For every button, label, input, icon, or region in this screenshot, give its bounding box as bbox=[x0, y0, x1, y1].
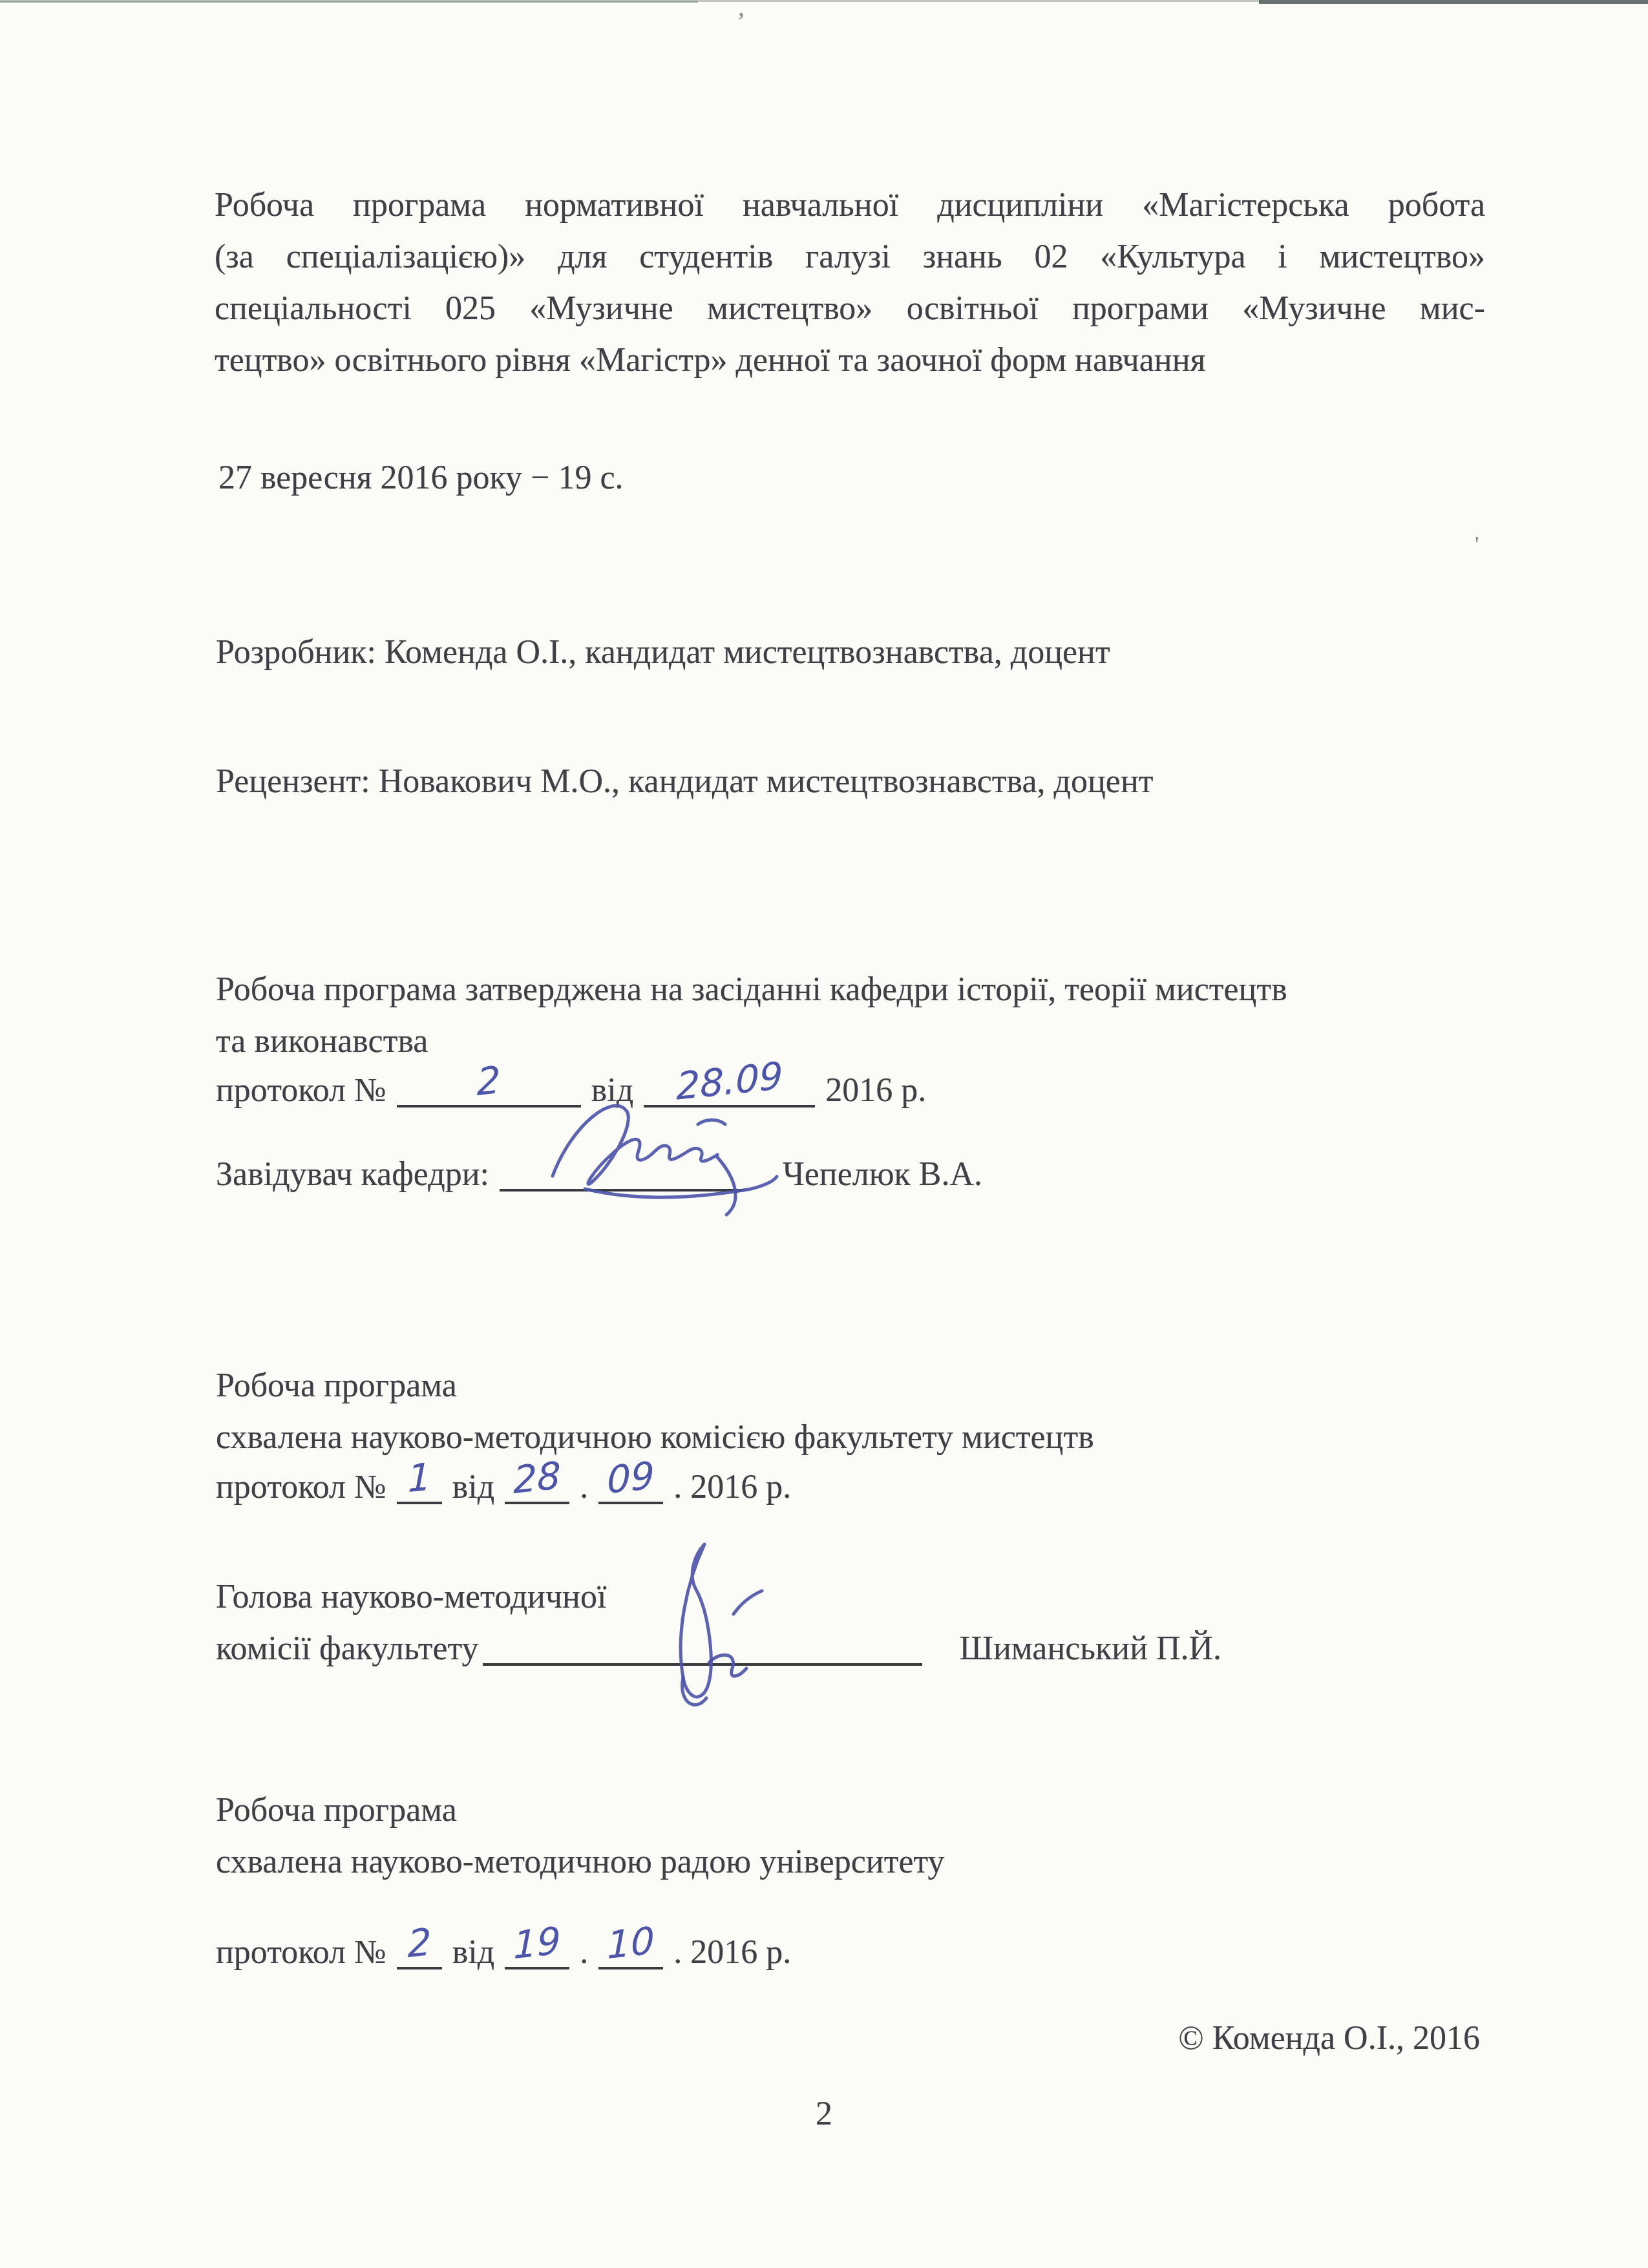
tail-label: . 2016 р. bbox=[673, 1934, 791, 1971]
copyright-line: © Коменда О.І., 2016 bbox=[1178, 2013, 1480, 2064]
protocol-number-blank: 1 bbox=[397, 1502, 442, 1504]
dept-head-name: Чепелюк В.А. bbox=[783, 1156, 982, 1193]
intro-line: спеціальності 025 «Музичне мистецтво» ос… bbox=[215, 283, 1485, 335]
scan-artifact-top-edge-left bbox=[0, 1, 698, 3]
protocol-day-blank: 28 bbox=[505, 1502, 569, 1504]
scan-speck: ʼ bbox=[737, 6, 745, 37]
tail-label: . 2016 р. bbox=[673, 1469, 791, 1506]
protocol-date-blank: 28.09 bbox=[644, 1105, 815, 1108]
handwritten-protocol-number: 2 bbox=[477, 1061, 501, 1101]
protocol-number-blank: 2 bbox=[397, 1967, 442, 1969]
dot-label: . bbox=[580, 1469, 588, 1506]
university-protocol-row: протокол №2від19.10. 2016 р. bbox=[216, 1927, 791, 1979]
faculty-protocol-row: протокол №1від28.09. 2016 р. bbox=[216, 1462, 791, 1513]
date-line: 27 вересня 2016 року − 19 с. bbox=[218, 452, 623, 504]
handwritten-month: 10 bbox=[607, 1922, 654, 1964]
dot-label: . bbox=[580, 1934, 588, 1971]
handwritten-protocol-number: 1 bbox=[407, 1458, 431, 1498]
scan-artifact-top-edge-right bbox=[1259, 0, 1648, 4]
faculty-chair-signature-blank bbox=[483, 1663, 922, 1666]
protocol-label: протокол № bbox=[216, 1072, 386, 1109]
faculty-chair-label: комісії факультету bbox=[216, 1630, 479, 1667]
developer-line: Розробник: Коменда О.І., кандидат мистец… bbox=[216, 627, 1110, 678]
faculty-approval-line-1: Робоча програма bbox=[216, 1360, 457, 1412]
vid-label: від bbox=[452, 1469, 494, 1506]
intro-line: Робоча програма нормативної навчальної д… bbox=[215, 180, 1485, 231]
page-number: 2 bbox=[0, 2088, 1648, 2140]
protocol-number-blank: 2 bbox=[397, 1105, 581, 1108]
intro-line: тецтво» освітнього рівня «Магістр» денно… bbox=[215, 335, 1485, 386]
year-label: 2016 р. bbox=[825, 1072, 926, 1109]
handwritten-day: 19 bbox=[513, 1922, 560, 1964]
vid-label: від bbox=[452, 1934, 494, 1971]
dept-protocol-row: протокол №2від28.092016 р. bbox=[216, 1065, 926, 1117]
faculty-chair-row: комісії факультетуШиманський П.Й. bbox=[216, 1623, 1221, 1675]
handwritten-protocol-date: 28.09 bbox=[676, 1056, 783, 1106]
scan-speck: ' bbox=[1475, 531, 1479, 558]
handwritten-month: 09 bbox=[607, 1456, 654, 1499]
reviewer-line: Рецензент: Новакович М.О., кандидат мист… bbox=[216, 756, 1153, 808]
protocol-label: протокол № bbox=[216, 1469, 386, 1506]
scanned-document-page: ʼ ' Робоча програма нормативної навчальн… bbox=[0, 0, 1648, 2268]
vid-label: від bbox=[591, 1072, 633, 1109]
protocol-month-blank: 10 bbox=[598, 1967, 663, 1969]
dept-approval-line-1: Робоча програма затверджена на засіданні… bbox=[216, 964, 1287, 1016]
dept-approval-line-2: та виконавства bbox=[216, 1016, 428, 1067]
protocol-day-blank: 19 bbox=[505, 1967, 569, 1969]
faculty-chair-line-1: Голова науково-методичної bbox=[216, 1571, 606, 1623]
intro-line: (за спеціалізацією)» для студентів галуз… bbox=[215, 231, 1485, 283]
handwritten-protocol-number: 2 bbox=[407, 1923, 431, 1963]
dept-head-row: Завідувач кафедри:Чепелюк В.А. bbox=[216, 1149, 982, 1201]
protocol-label: протокол № bbox=[216, 1934, 386, 1971]
handwritten-day: 28 bbox=[513, 1456, 560, 1499]
university-approval-line-1: Робоча програма bbox=[216, 1785, 457, 1836]
university-approval-line-2: схвалена науково-методичною радою універ… bbox=[216, 1836, 945, 1888]
intro-paragraph: Робоча програма нормативної навчальної д… bbox=[215, 180, 1485, 386]
protocol-month-blank: 09 bbox=[598, 1502, 663, 1504]
faculty-chair-name: Шиманський П.Й. bbox=[960, 1630, 1222, 1667]
faculty-approval-line-2: схвалена науково-методичною комісією фак… bbox=[216, 1412, 1094, 1464]
dept-head-label: Завідувач кафедри: bbox=[216, 1156, 489, 1193]
dept-head-signature-blank bbox=[500, 1189, 745, 1192]
